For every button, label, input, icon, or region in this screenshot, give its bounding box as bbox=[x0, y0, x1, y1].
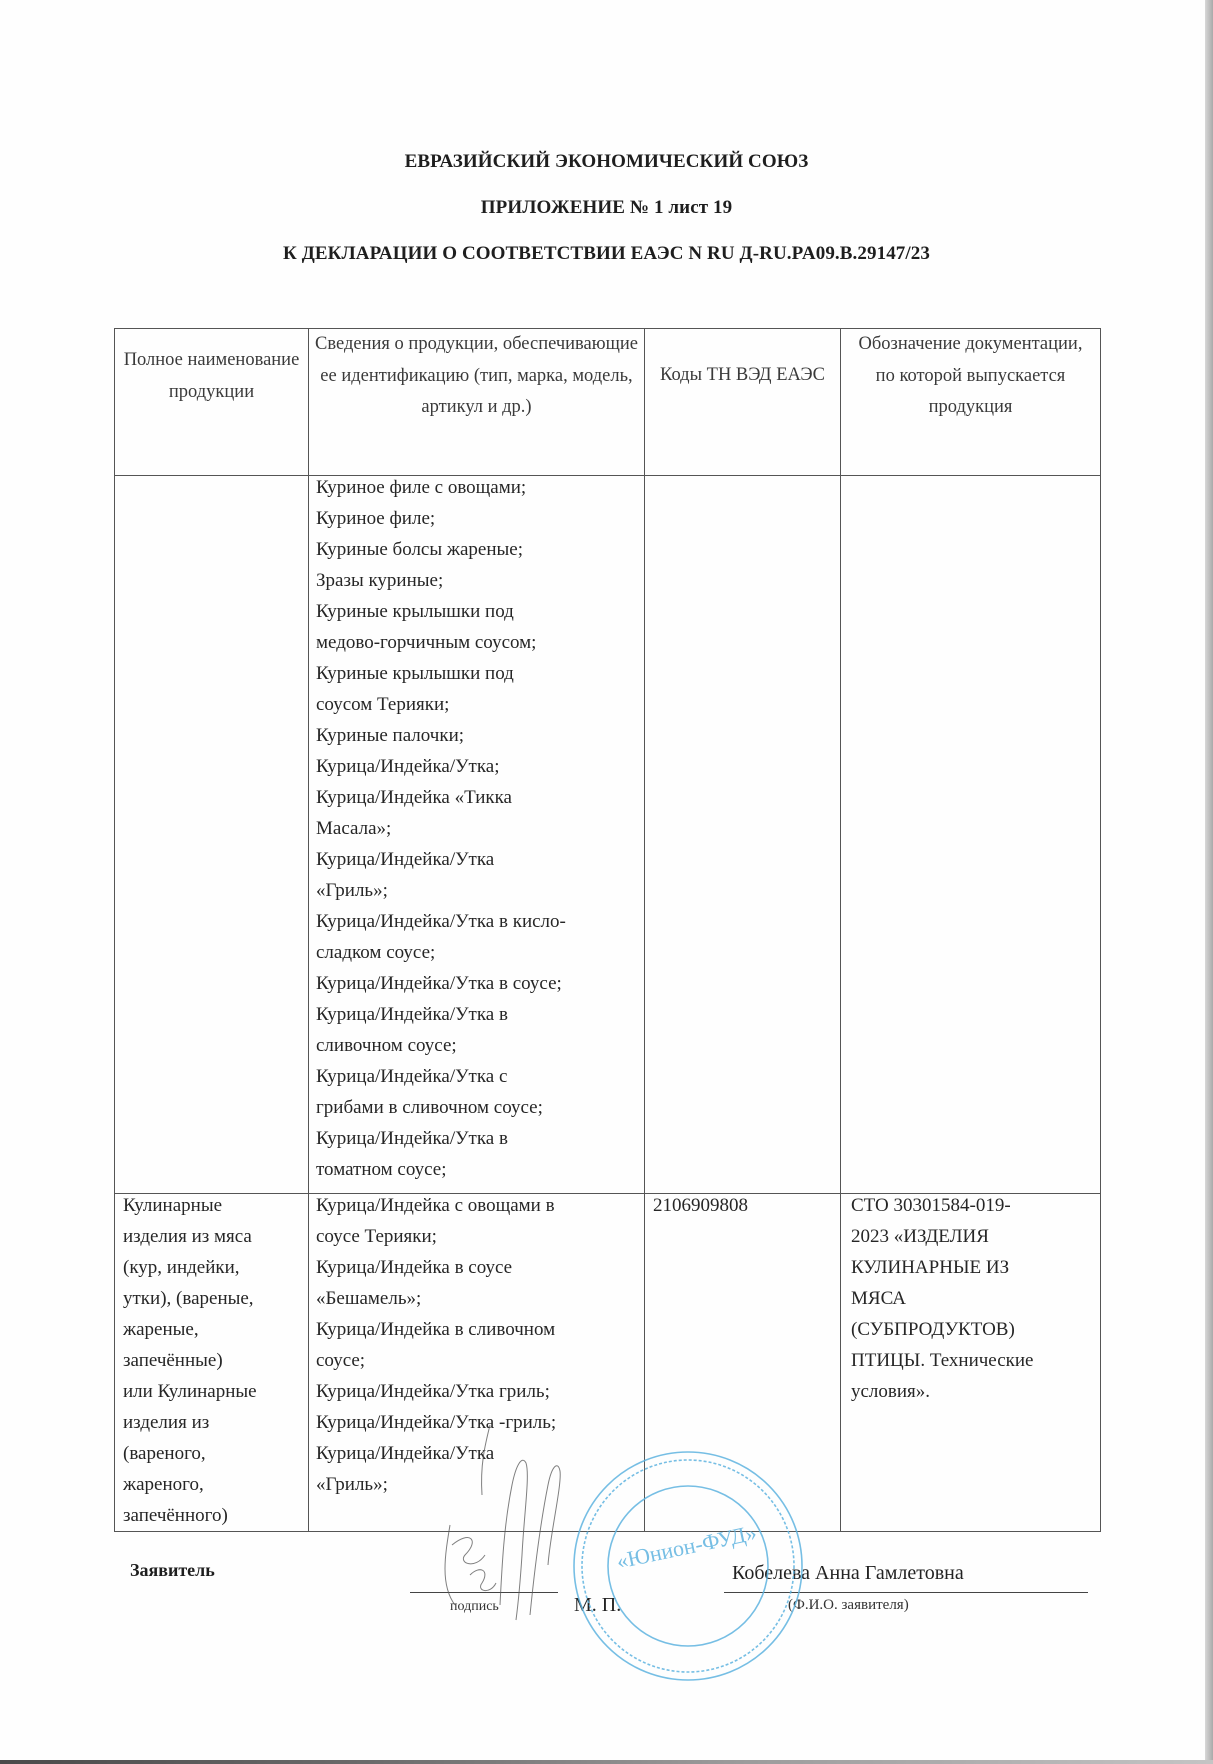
cell-name bbox=[115, 476, 309, 1194]
table-header-row: Полное наименование продукции Сведения о… bbox=[115, 329, 1101, 476]
product-item: соусом Терияки; bbox=[316, 689, 640, 720]
product-item: Масала»; bbox=[316, 813, 640, 844]
product-item: Курица/Индейка «Тикка bbox=[316, 782, 640, 813]
cell-doc bbox=[841, 476, 1101, 1194]
product-item: Курица/Индейка/Утка в кисло- bbox=[316, 906, 640, 937]
header-documentation: Обозначение документации, по которой вып… bbox=[841, 329, 1101, 476]
cell-details: Курица/Индейка с овощами в соусе Терияки… bbox=[309, 1194, 645, 1532]
cell-doc: СТО 30301584-019- 2023 «ИЗДЕЛИЯ КУЛИНАРН… bbox=[841, 1194, 1101, 1532]
table-row: Кулинарные изделия из мяса (кур, индейки… bbox=[115, 1194, 1101, 1532]
table-row: Куриное филе с овощами; Куриное филе; Ку… bbox=[115, 476, 1101, 1194]
product-item: сливочном соусе; bbox=[316, 1030, 640, 1061]
signature-caption: подпись bbox=[450, 1599, 499, 1615]
appendix-title: ПРИЛОЖЕНИЕ № 1 лист 19 bbox=[0, 197, 1213, 219]
product-item: «Бешамель»; bbox=[316, 1283, 640, 1314]
product-item: сладком соусе; bbox=[316, 937, 640, 968]
product-item: Курица/Индейка/Утка; bbox=[316, 751, 640, 782]
header-product-info: Сведения о продукции, обеспечивающие ее … bbox=[309, 329, 645, 476]
cell-code bbox=[645, 476, 841, 1194]
applicant-name: Кобелева Анна Гамлетовна bbox=[732, 1562, 964, 1585]
cell-code: 2106909808 bbox=[645, 1194, 841, 1532]
product-item: Курица/Индейка/Утка с bbox=[316, 1061, 640, 1092]
product-item: Куриные крылышки под bbox=[316, 596, 640, 627]
product-item: томатном соусе; bbox=[316, 1154, 640, 1185]
union-title: ЕВРАЗИЙСКИЙ ЭКОНОМИЧЕСКИЙ СОЮЗ bbox=[0, 151, 1213, 173]
cell-details: Куриное филе с овощами; Куриное филе; Ку… bbox=[309, 476, 645, 1194]
cell-name: Кулинарные изделия из мяса (кур, индейки… bbox=[115, 1194, 309, 1532]
product-item: Куриные болсы жареные; bbox=[316, 534, 640, 565]
product-item: Курица/Индейка/Утка bbox=[316, 1438, 640, 1469]
product-item: Куриные палочки; bbox=[316, 720, 640, 751]
seal-label: М. П. bbox=[574, 1594, 621, 1617]
product-item: грибами в сливочном соусе; bbox=[316, 1092, 640, 1123]
product-item: Курица/Индейка/Утка в bbox=[316, 1123, 640, 1154]
product-item: Курица/Индейка в сливочном bbox=[316, 1314, 640, 1345]
product-item: Курица/Индейка/Утка гриль; bbox=[316, 1376, 640, 1407]
product-item: Куриные крылышки под bbox=[316, 658, 640, 689]
products-table: Полное наименование продукции Сведения о… bbox=[114, 328, 1101, 1532]
header-tn-ved-codes: Коды ТН ВЭД ЕАЭС bbox=[645, 329, 841, 476]
product-item: Куриное филе; bbox=[316, 503, 640, 534]
product-item: Куриное филе с овощами; bbox=[316, 472, 640, 503]
product-item: «Гриль»; bbox=[316, 875, 640, 906]
product-item: Курица/Индейка с овощами в bbox=[316, 1190, 640, 1221]
product-item: Курица/Индейка/Утка bbox=[316, 844, 640, 875]
tn-ved-code: 2106909808 bbox=[653, 1190, 836, 1221]
declaration-title: К ДЕКЛАРАЦИИ О СООТВЕТСТВИИ ЕАЭС N RU Д-… bbox=[0, 243, 1213, 265]
signature-line bbox=[410, 1592, 558, 1593]
product-item: соусе Терияки; bbox=[316, 1221, 640, 1252]
product-item: «Гриль»; bbox=[316, 1469, 640, 1500]
scan-bottom-edge bbox=[0, 1760, 1213, 1764]
product-item: медово-горчичным соусом; bbox=[316, 627, 640, 658]
product-item: Курица/Индейка/Утка в соусе; bbox=[316, 968, 640, 999]
product-item: Курица/Индейка/Утка -гриль; bbox=[316, 1407, 640, 1438]
header-full-name: Полное наименование продукции bbox=[115, 329, 309, 476]
applicant-label: Заявитель bbox=[130, 1560, 215, 1581]
name-line bbox=[724, 1592, 1088, 1593]
product-item: Зразы куриные; bbox=[316, 565, 640, 596]
product-item: Курица/Индейка/Утка в bbox=[316, 999, 640, 1030]
product-item: соусе; bbox=[316, 1345, 640, 1376]
product-item: Курица/Индейка в соусе bbox=[316, 1252, 640, 1283]
name-caption: (Ф.И.О. заявителя) bbox=[788, 1597, 909, 1614]
